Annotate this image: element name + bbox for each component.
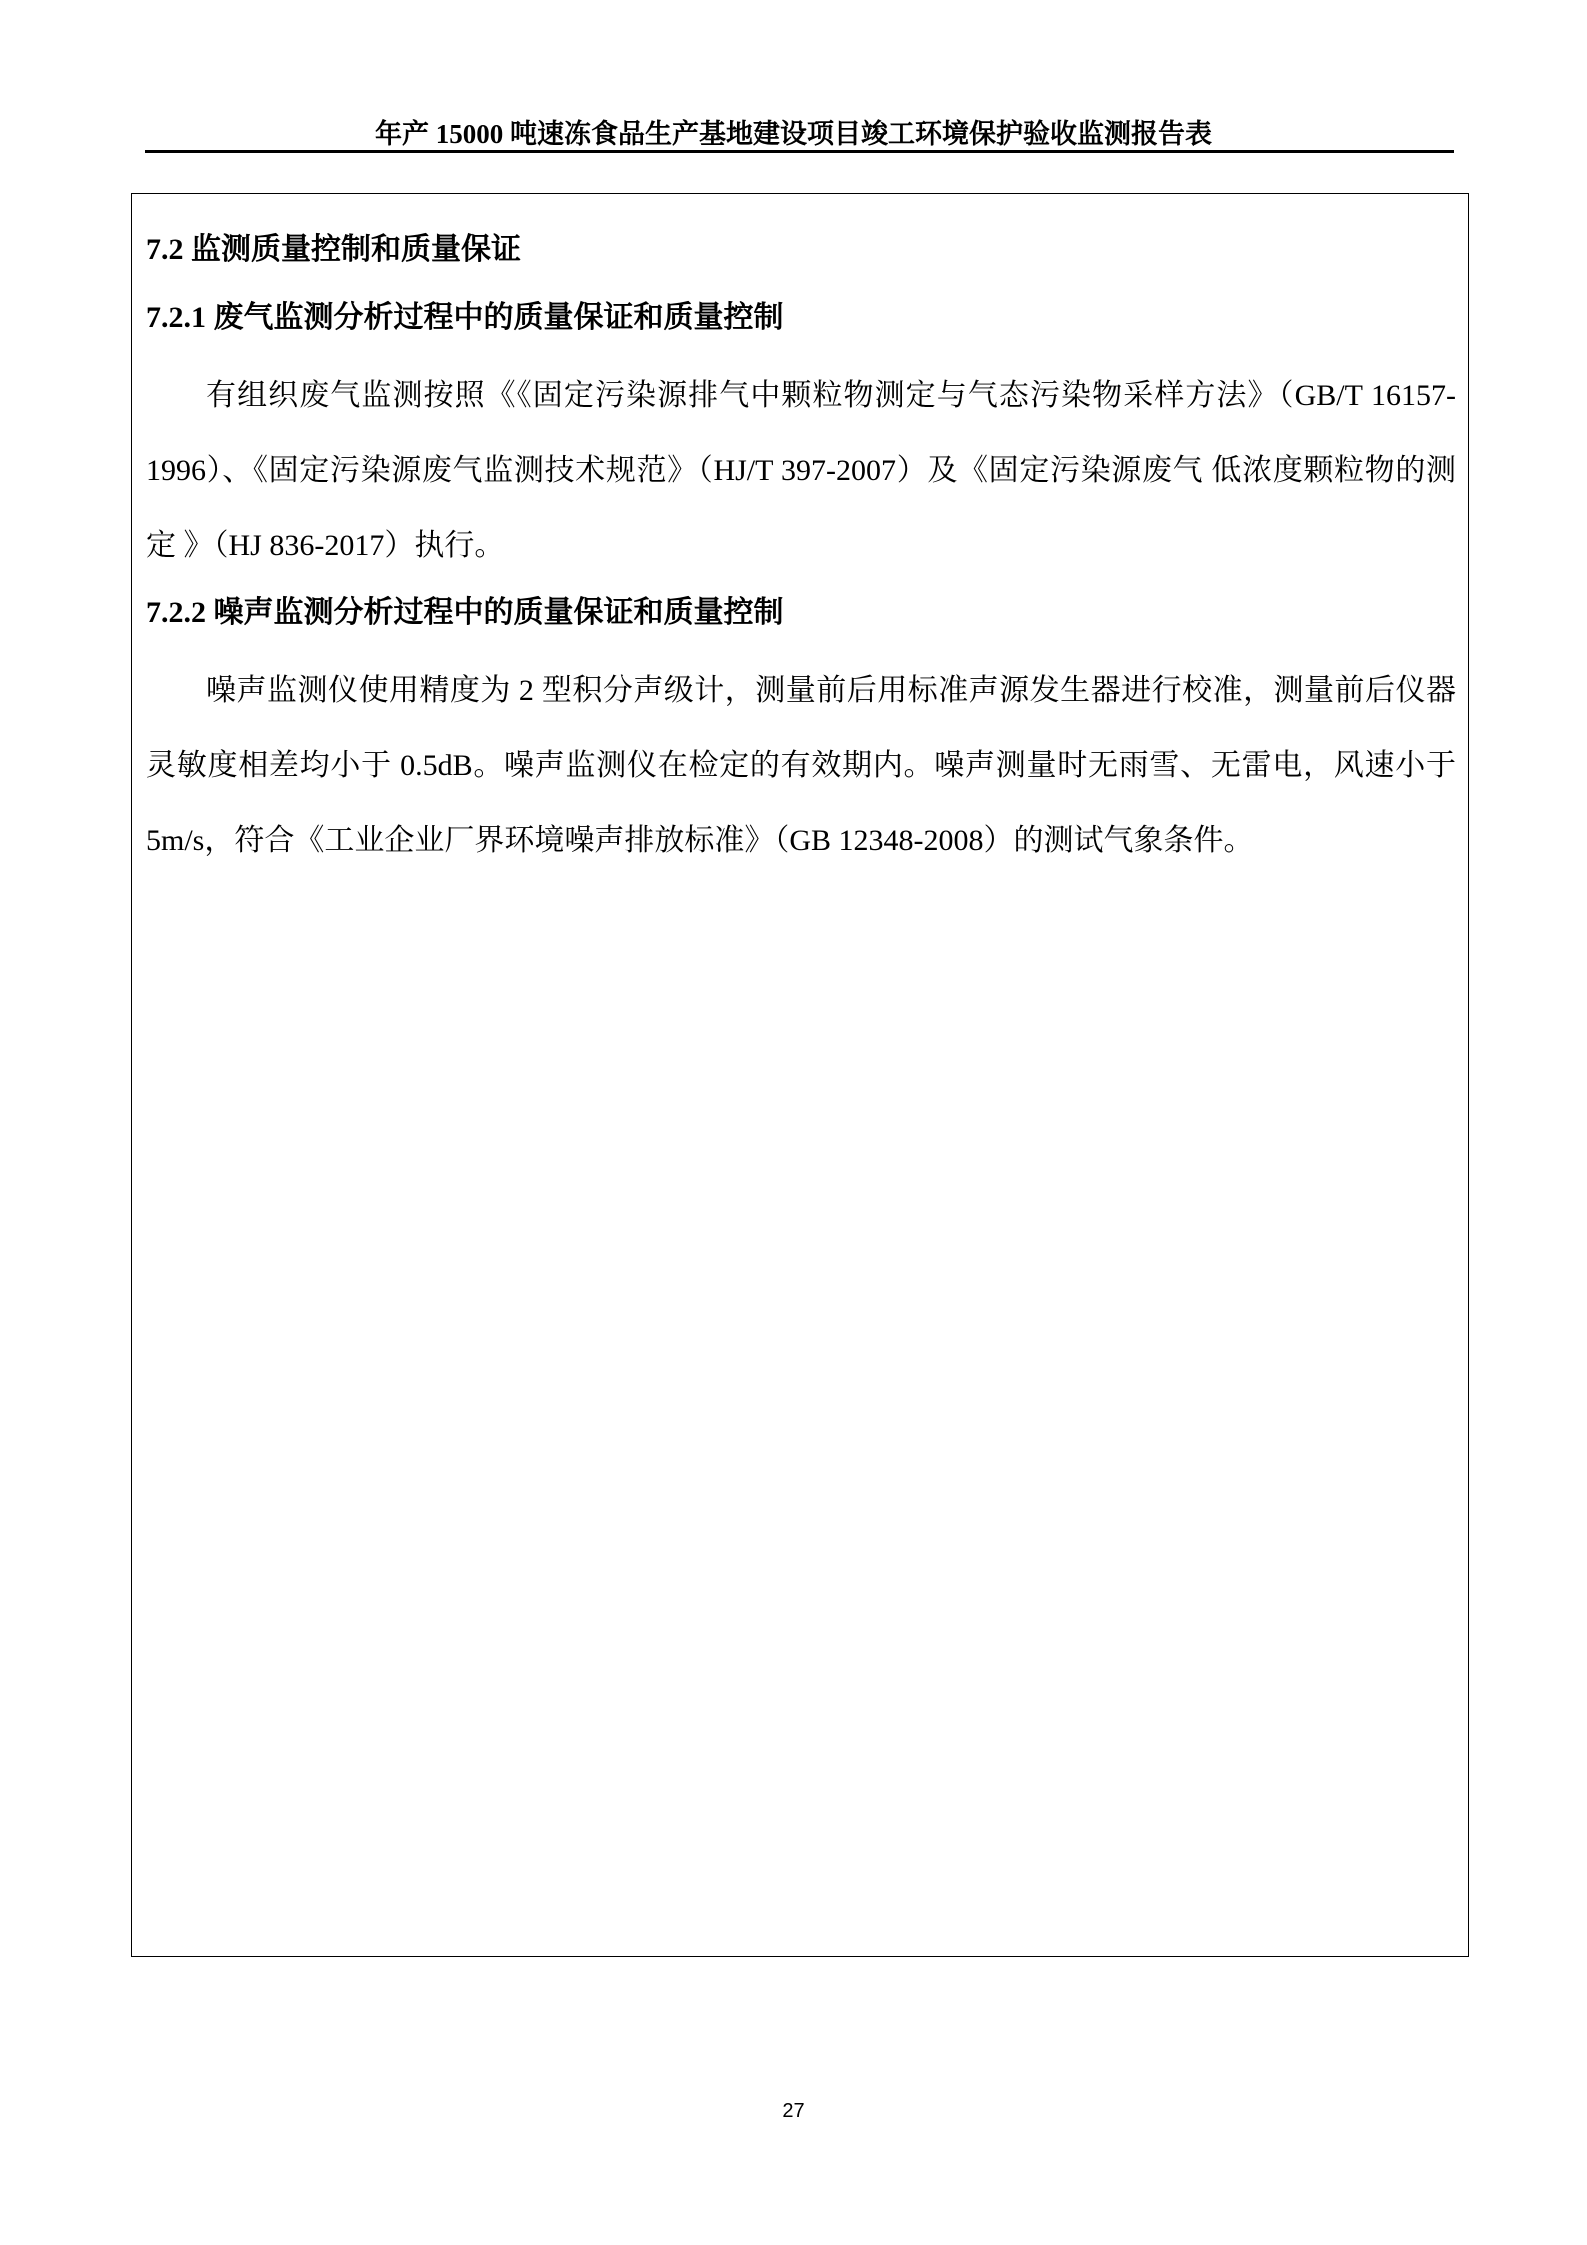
- header-divider: [145, 150, 1454, 153]
- subsection-heading-noise: 7.2.2 噪声监测分析过程中的质量保证和质量控制: [146, 585, 1456, 653]
- section-content: 7.2 监测质量控制和质量保证 7.2.1 废气监测分析过程中的质量保证和质量控…: [146, 222, 1456, 876]
- section-heading: 7.2 监测质量控制和质量保证: [146, 222, 1456, 290]
- subsection-heading-exhaust: 7.2.1 废气监测分析过程中的质量保证和质量控制: [146, 290, 1456, 358]
- document-header-title: 年产 15000 吨速冻食品生产基地建设项目竣工环境保护验收监测报告表: [0, 112, 1587, 151]
- paragraph-exhaust: 有组织废气监测按照《《固定污染源排气中颗粒物测定与气态污染物采样方法》（GB/T…: [146, 358, 1456, 583]
- page-number: 27: [0, 2100, 1587, 2123]
- paragraph-noise: 噪声监测仪使用精度为 2 型积分声级计，测量前后用标准声源发生器进行校准，测量前…: [146, 653, 1456, 878]
